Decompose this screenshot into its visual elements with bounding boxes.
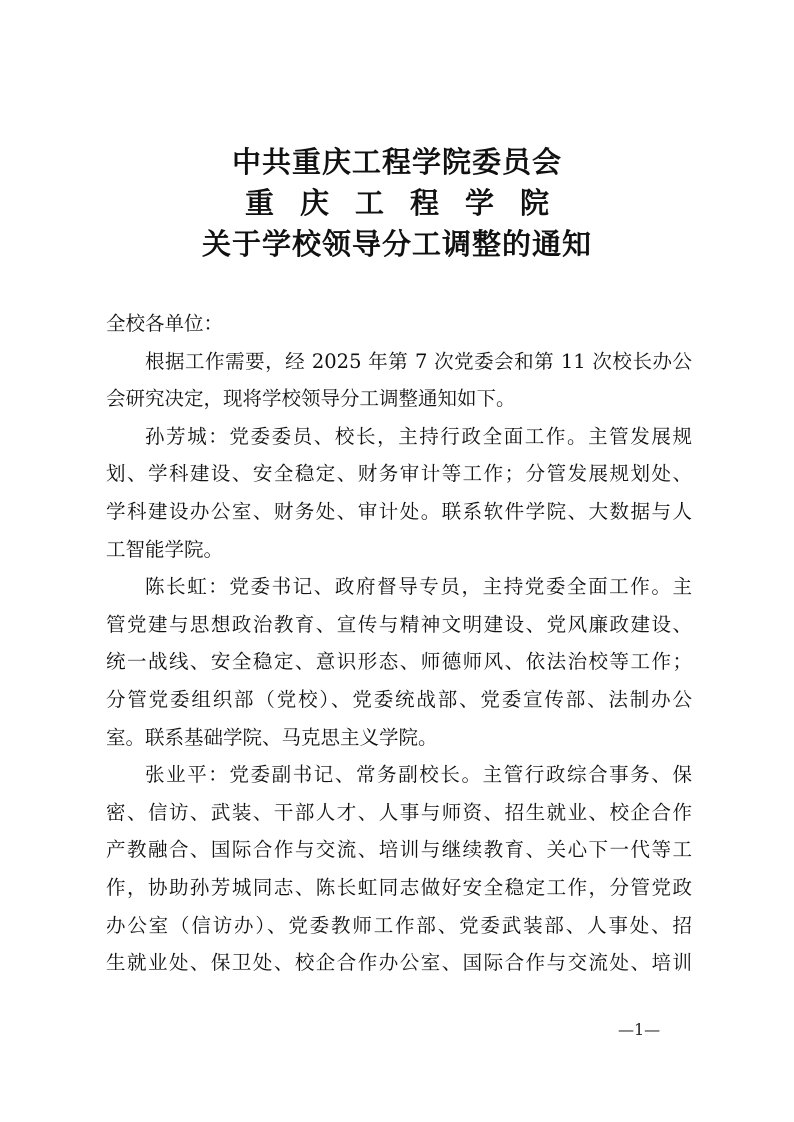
text-line: 陈长虹：党委书记、政府督导专员，主持党委全面工作。主 bbox=[106, 568, 692, 606]
text-line: 划、学科建设、安全稳定、财务审计等工作；分管发展规划处、 bbox=[106, 455, 692, 493]
text-line: 工智能学院。 bbox=[106, 531, 692, 569]
text-line: 室。联系基础学院、马克思主义学院。 bbox=[106, 719, 692, 757]
text-line: 学科建设办公室、财务处、审计处。联系软件学院、大数据与人 bbox=[106, 493, 692, 531]
text-line: 密、信访、武装、干部人才、人事与师资、招生就业、校企合作 bbox=[106, 794, 692, 832]
document-body: 全校各单位： 根据工作需要，经 2025 年第 7 次党委会和第 11 次校长办… bbox=[106, 305, 692, 982]
text-line: 作，协助孙芳城同志、陈长虹同志做好安全稳定工作，分管党政 bbox=[106, 869, 692, 907]
text-line: 统一战线、安全稳定、意识形态、师德师风、依法治校等工作； bbox=[106, 643, 692, 681]
text-line: 产教融合、国际合作与交流、培训与继续教育、关心下一代等工 bbox=[106, 831, 692, 869]
text-line: 孙芳城：党委委员、校长，主持行政全面工作。主管发展规 bbox=[106, 418, 692, 456]
page-number: —1— bbox=[618, 1020, 660, 1039]
text-line: 张业平：党委副书记、常务副校长。主管行政综合事务、保 bbox=[106, 756, 692, 794]
text-line: 全校各单位： bbox=[106, 305, 692, 343]
text-line: 会研究决定，现将学校领导分工调整通知如下。 bbox=[106, 380, 692, 418]
text-line: 管党建与思想政治教育、宣传与精神文明建设、党风廉政建设、 bbox=[106, 606, 692, 644]
text-line: 分管党委组织部（党校）、党委统战部、党委宣传部、法制办公 bbox=[106, 681, 692, 719]
doc-title-line-3: 关于学校领导分工调整的通知 bbox=[0, 224, 794, 264]
text-line: 办公室（信访办）、党委教师工作部、党委武装部、人事处、招 bbox=[106, 907, 692, 945]
doc-title-line-2: 重庆工程学院 bbox=[0, 183, 794, 223]
doc-title-line-1: 中共重庆工程学院委员会 bbox=[0, 142, 794, 182]
text-line: 生就业处、保卫处、校企合作办公室、国际合作与交流处、培训 bbox=[106, 944, 692, 982]
text-line: 根据工作需要，经 2025 年第 7 次党委会和第 11 次校长办公 bbox=[106, 343, 692, 381]
